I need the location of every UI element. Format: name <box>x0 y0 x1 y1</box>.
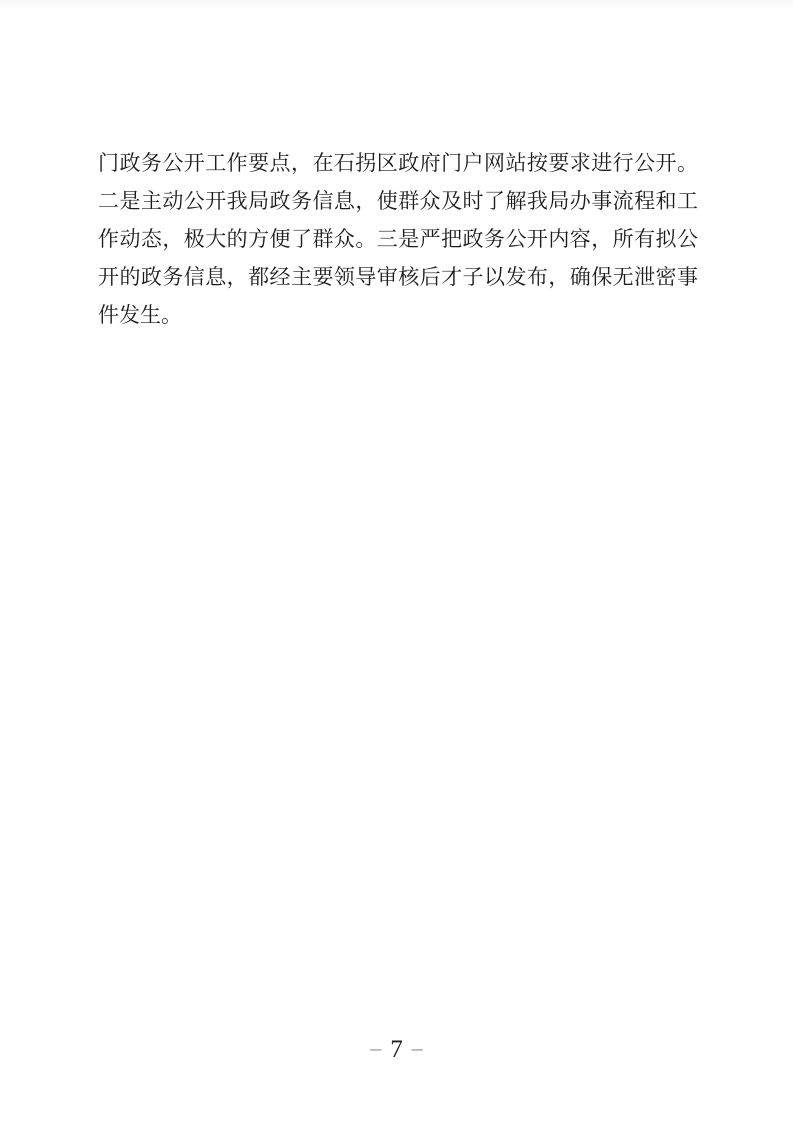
page-number-value: 7 <box>390 1036 403 1063</box>
page-number-dash-right: – <box>412 1035 423 1060</box>
text-line-5: 件发生。 <box>98 296 698 334</box>
page-number-dash-left: – <box>370 1035 381 1060</box>
text-line-4: 开的政务信息，都经主要领导审核后才子以发布，确保无泄密事 <box>98 258 698 296</box>
text-line-3: 作动态，极大的方便了群众。三是严把政务公开内容，所有拟公 <box>98 220 698 258</box>
body-paragraph: 门政务公开工作要点，在石拐区政府门户网站按要求进行公开。 二是主动公开我局政务信… <box>98 144 698 334</box>
document-page: 门政务公开工作要点，在石拐区政府门户网站按要求进行公开。 二是主动公开我局政务信… <box>0 0 793 1122</box>
text-line-1: 门政务公开工作要点，在石拐区政府门户网站按要求进行公开。 <box>98 144 698 182</box>
text-line-2: 二是主动公开我局政务信息，使群众及时了解我局办事流程和工 <box>98 182 698 220</box>
page-number: –7– <box>0 1036 793 1064</box>
